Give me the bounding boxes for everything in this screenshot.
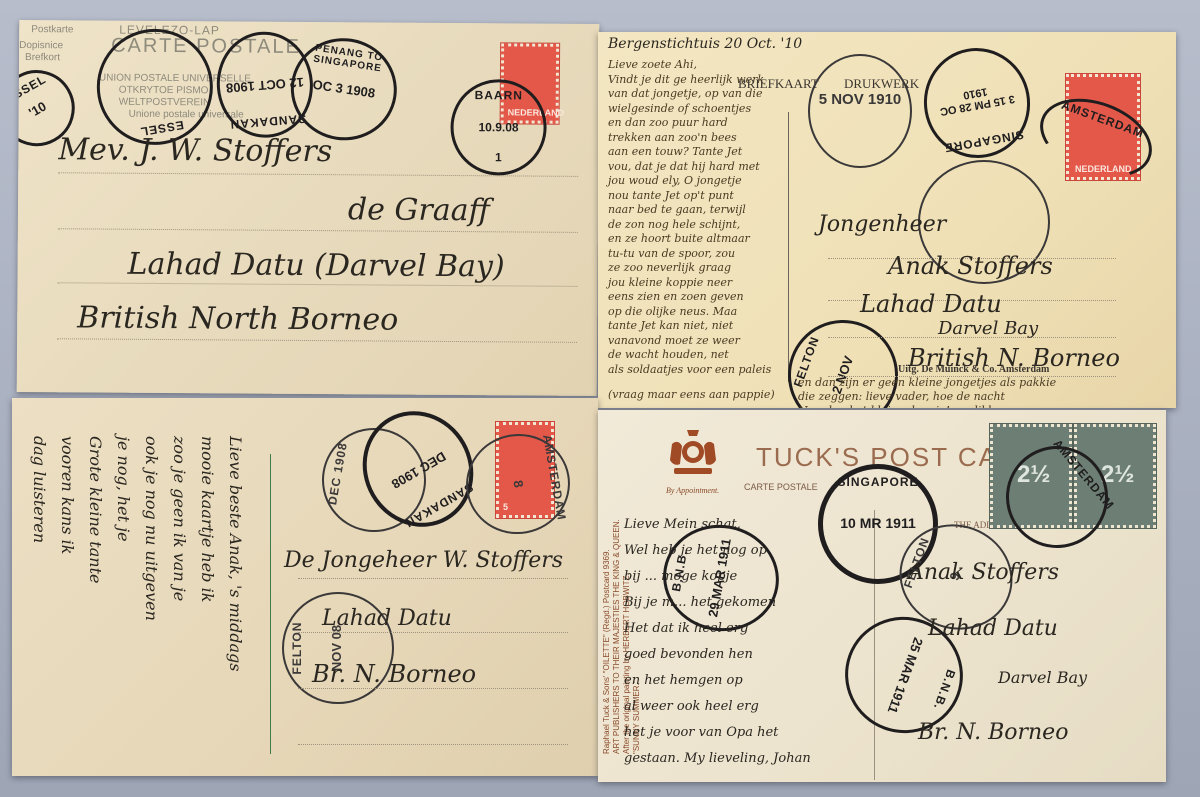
message-line: als soldaatjes voor een paleis: [608, 363, 788, 378]
address-text: Br. N. Borneo: [312, 660, 476, 688]
message-line: aan een touw? Tante Jet: [608, 145, 788, 160]
message-line: ze zoo neverlijk graag: [608, 261, 788, 276]
message-line: Bij je m... het gekomen: [624, 590, 874, 616]
message-line: die zeggen: lieve vader, hoe de nacht: [798, 390, 1005, 403]
address-text: Lahad Datu (Darvel Bay): [127, 247, 504, 285]
message-line: het je voor van Opa het: [624, 720, 874, 746]
message-line: vanavond moet ze weer: [608, 334, 788, 349]
address-text: Darvel Bay: [998, 668, 1087, 687]
address-line: [57, 338, 577, 343]
message-line: jou woud ely, O jongetje: [608, 174, 788, 189]
address-line: [298, 632, 568, 633]
message-line: en ze hoort buite altmaar: [608, 232, 788, 247]
publisher-side-text: Raphael Tuck & Sons' "OILETTE" (Regd.) P…: [602, 424, 626, 754]
message-line: je nog, het je: [114, 436, 133, 542]
message-line: nou tante Jet op't punt: [608, 189, 788, 204]
postcard-bottom-left: Lieve beste Anak, 's middagsmooie kaartj…: [12, 398, 598, 776]
address-line: [298, 688, 568, 689]
publisher-imprint: Uitg. De Muinck & Co. Amsterdam: [898, 364, 1049, 375]
message-line: de zon nog hele schijnt,: [608, 218, 788, 233]
address-line: [298, 744, 568, 745]
message-line: gestaan. My lieveling, Johan: [624, 746, 874, 772]
printed-title: BRIEFKAART: [738, 76, 819, 92]
message-line: al weer ook heel erg: [624, 694, 874, 720]
message-line: vou, dat je dat hij hard met: [608, 160, 788, 175]
message-line: mooie kaartje heb ik: [198, 436, 217, 602]
divider-line: [270, 454, 271, 754]
message-line: trekken aan zoo'n bees: [608, 131, 788, 146]
message-line: Nou dag het kleine doggie! en dikke zoen: [798, 404, 1030, 408]
message-body: Lieve zoete Ahi,Vindt je dit ge heerlijk…: [608, 58, 788, 377]
printed-label: Postkarte: [31, 24, 73, 35]
printed-label: Dopisnice: [19, 40, 63, 51]
postcard-top-right: Bergenstichtuis 20 Oct. '10 Lieve zoete …: [598, 32, 1176, 408]
message-line: wielgesinde of schoentjes: [608, 102, 788, 117]
address-text: Br. N. Borneo: [918, 720, 1068, 745]
message-line: Lieve beste Anak, 's middags: [226, 436, 245, 671]
postmark: AMSTERDAM 8: [458, 426, 578, 543]
royal-crest-icon: [668, 426, 718, 478]
divider-line: [788, 112, 789, 382]
message-line: en dan zoo puur hard: [608, 116, 788, 131]
postcard-top-left: Postkarte LEVELEZO-LAP CARTE POSTALE Dop…: [17, 20, 600, 396]
message-body: Lieve Mein schat,Wel heb je het nog opbi…: [624, 512, 874, 772]
address-text: Mev. J. W. Stoffers: [58, 132, 332, 169]
address-text: de Graaff: [348, 192, 490, 228]
message-line: en het hemgen op: [624, 668, 874, 694]
address-text: Lahad Datu: [928, 616, 1058, 641]
address-text: Anak Stoffers: [888, 252, 1053, 280]
message-line: bij ... moge kopje: [624, 564, 874, 590]
address-text: British North Borneo: [77, 300, 398, 337]
message-line: naar bed te gaan, terwijl: [608, 203, 788, 218]
postmark: BAARN 10.9.08 1: [450, 79, 547, 176]
address-text: Lahad Datu: [860, 290, 1002, 318]
postmark: PENANG TO SINGAPORE OC 3 1908: [284, 31, 404, 147]
address-text: Lahad Datu: [322, 606, 452, 631]
message-line: tu-tu van de spoor, zou: [608, 247, 788, 262]
message-line: tante Jet kan niet, niet: [608, 319, 788, 334]
message-line: eens zien en zoen geven: [608, 290, 788, 305]
message-body: Lieve beste Anak, 's middagsmooie kaartj…: [16, 406, 256, 776]
message-line: Grote kleine tante: [86, 436, 105, 583]
message-line: en dan zijn er geen kleine jongetjes als…: [798, 376, 1056, 389]
message-line: goed bevonden hen: [624, 642, 874, 668]
message-line: ook je nog nu uitgeven: [142, 436, 161, 621]
message-line: dag luisteren: [30, 436, 49, 543]
message-heading: Bergenstichtuis 20 Oct. '10: [608, 36, 802, 52]
message-line: Lieve Mein schat,: [624, 512, 874, 538]
message-line: (vraag maar eens aan pappie): [608, 388, 775, 401]
message-line: vooren kans ik: [58, 436, 77, 554]
message-line: de wacht houden, net: [608, 348, 788, 363]
postmark: 5 NOV 1910: [808, 54, 912, 168]
postmark: AMSTERDAM: [1029, 84, 1163, 191]
message-line: zoo je geen ik van je: [170, 436, 189, 601]
printed-label: Brefkort: [25, 52, 60, 63]
address-line: [298, 578, 568, 579]
by-appointment-label: By Appointment.: [666, 486, 719, 495]
address-line: [58, 228, 578, 233]
postcard-bottom-right: Raphael Tuck & Sons' "OILETTE" (Regd.) P…: [598, 410, 1166, 782]
message-line: Lieve zoete Ahi,: [608, 58, 788, 73]
address-text: Darvel Bay: [938, 318, 1038, 339]
address-text: Jongenheer: [818, 212, 946, 237]
message-line: Wel heb je het nog op: [624, 538, 874, 564]
printed-subtitle: CARTE POSTALE: [744, 482, 818, 492]
message-line: Het dat ik heel erg: [624, 616, 874, 642]
address-text: Anak Stoffers: [908, 560, 1059, 585]
postmark: SINGAPORE 3 15 PM 28 OC 1910: [915, 40, 1038, 167]
message-line: op die olijke neus. Maa: [608, 305, 788, 320]
address-text: De Jongeheer W. Stoffers: [284, 548, 563, 573]
message-line: jou kleine koppie neer: [608, 276, 788, 291]
